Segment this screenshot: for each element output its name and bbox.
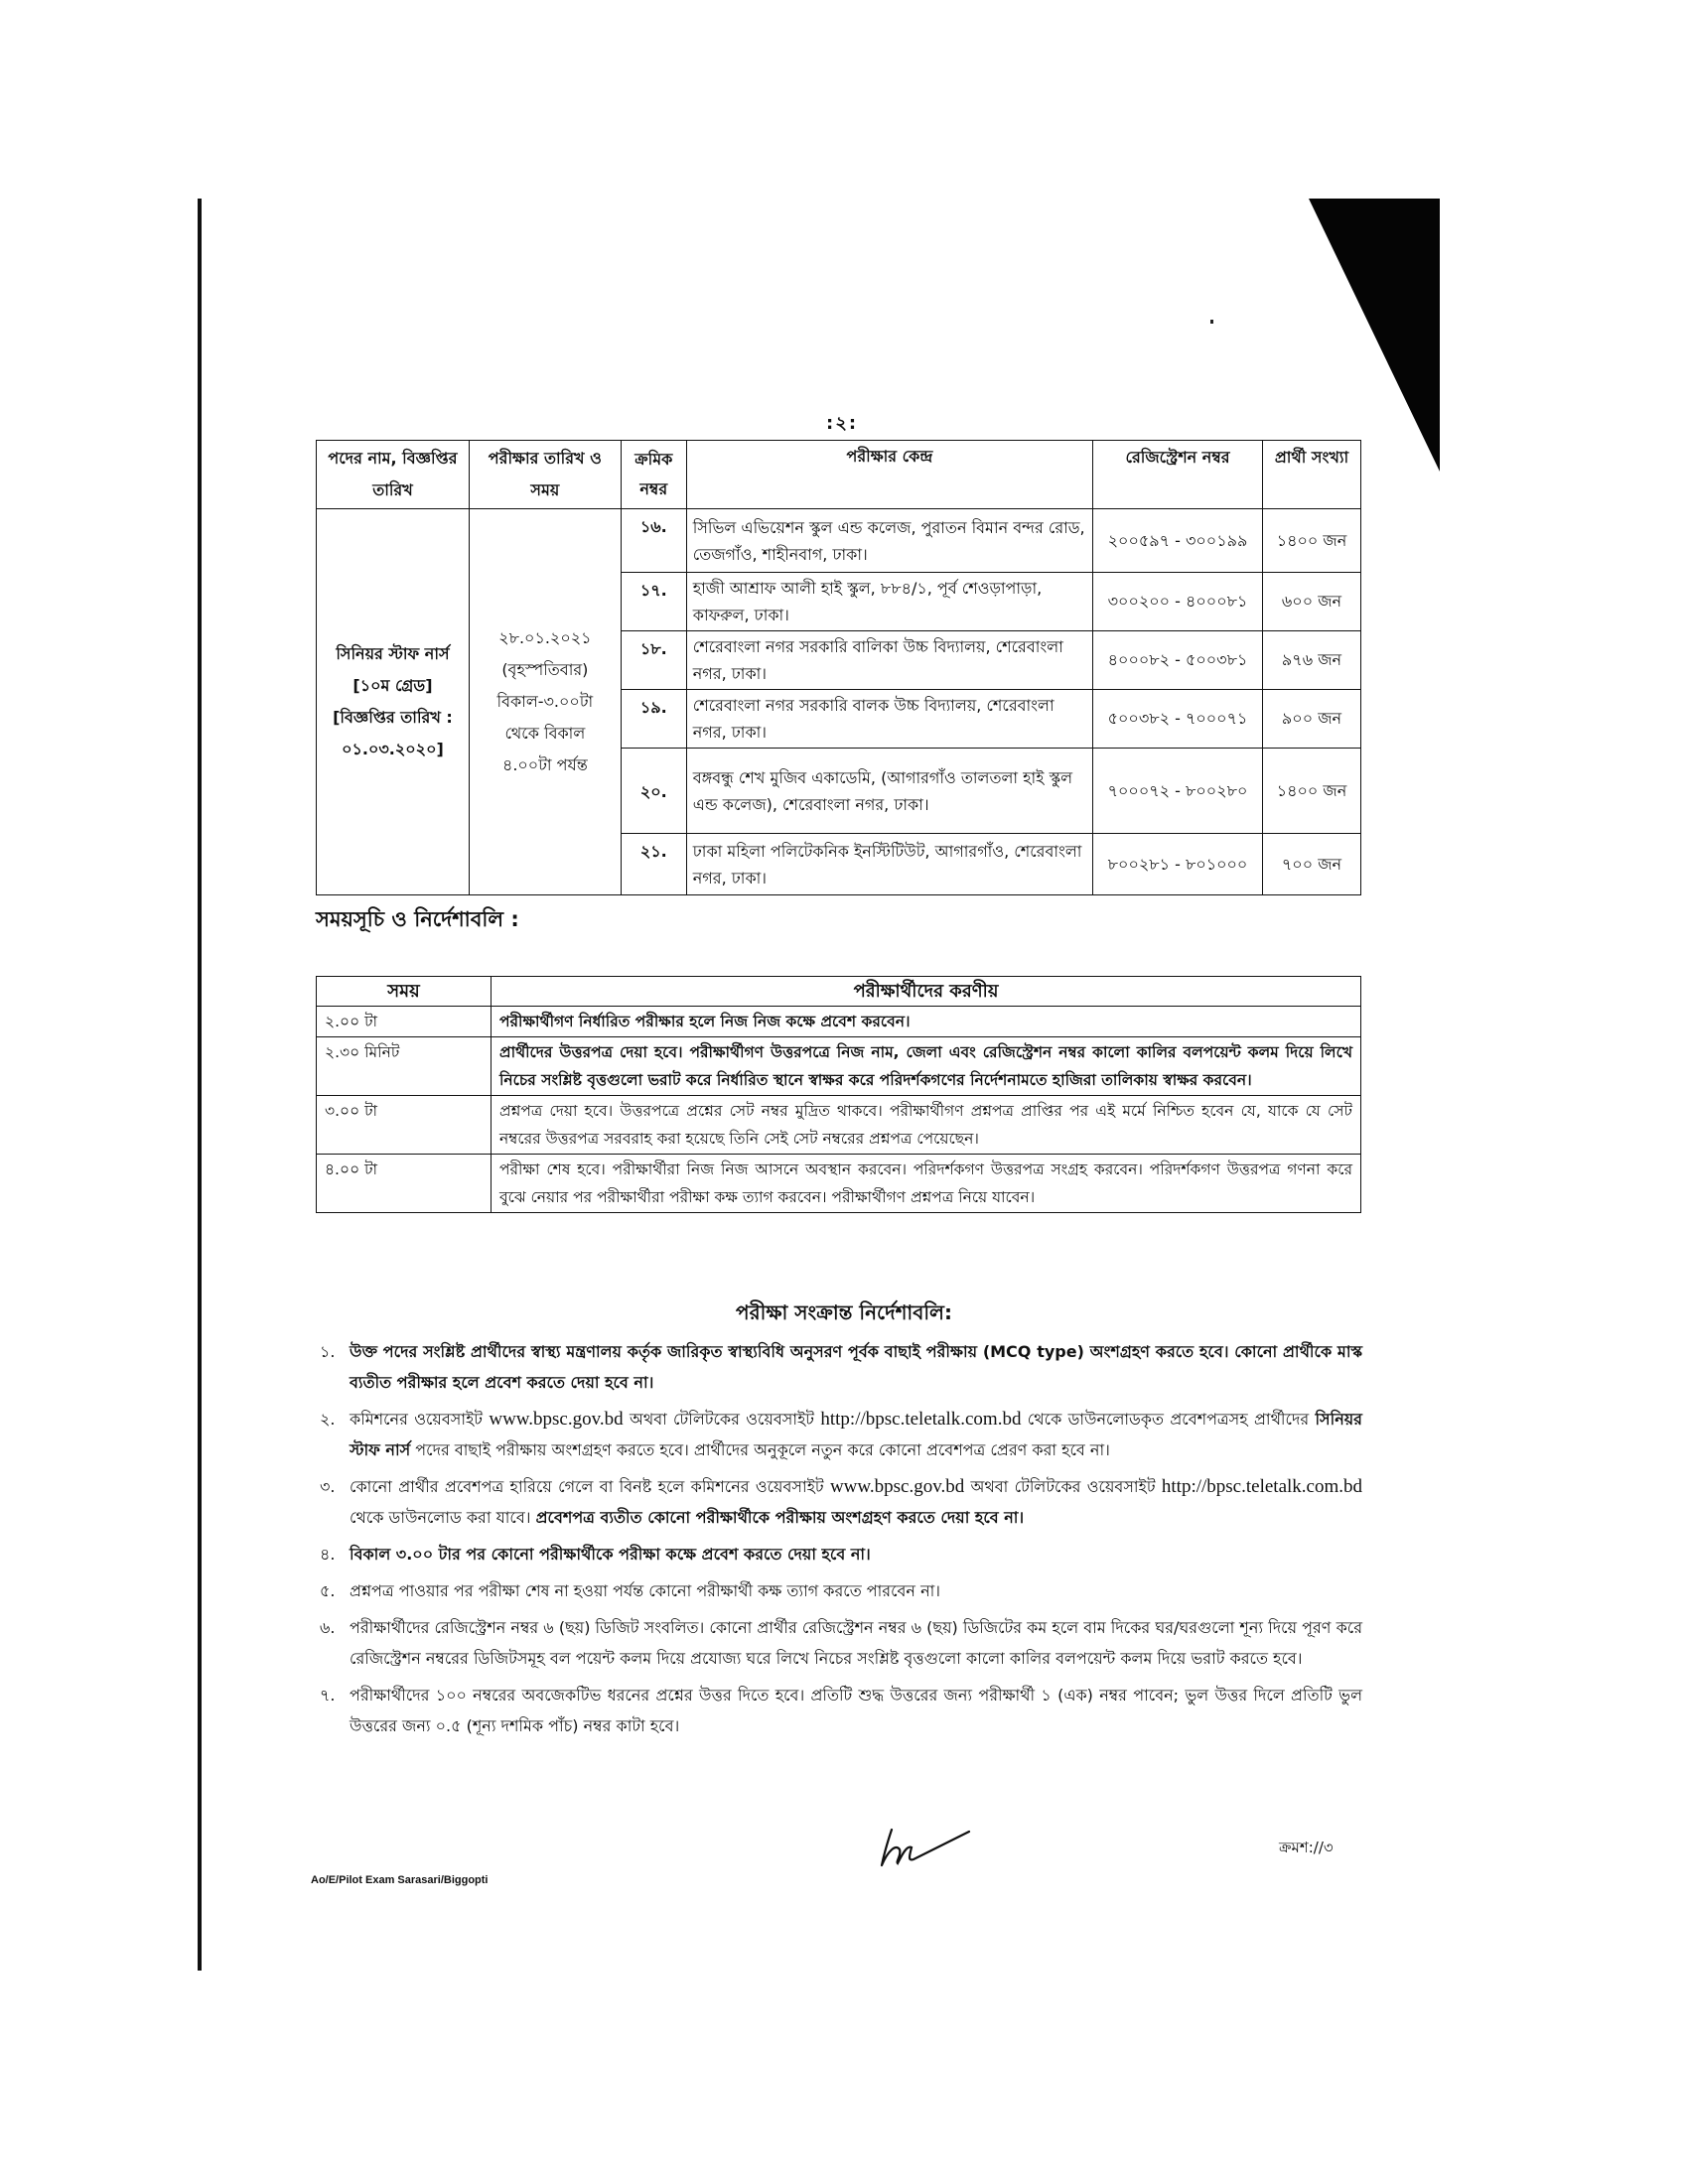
- schedule-task: প্রশ্নপত্র দেয়া হবে। উত্তরপত্রে প্রশ্নে…: [492, 1096, 1361, 1155]
- serial-cell: ১৯.: [621, 690, 686, 749]
- candidate-count-cell: ৬০০ জন: [1262, 573, 1360, 631]
- instructions-list: ১.উক্ত পদের সংশ্লিষ্ট প্রার্থীদের স্বাস্…: [320, 1336, 1362, 1747]
- instruction-item: ২.কমিশনের ওয়েবসাইট www.bpsc.gov.bd অথবা…: [320, 1404, 1362, 1465]
- scan-corner-shadow: [1309, 199, 1440, 472]
- file-reference: Ao/E/Pilot Exam Sarasari/Biggopti: [311, 1874, 489, 1886]
- header-time: সময়: [317, 977, 492, 1007]
- header-exam-date: পরীক্ষার তারিখ ও সময়: [469, 441, 621, 509]
- website-link[interactable]: http://bpsc.teletalk.com.bd: [820, 1409, 1021, 1430]
- instruction-item: ৫.প্রশ্নপত্র পাওয়ার পর পরীক্ষা শেষ না হ…: [320, 1575, 1362, 1606]
- instruction-number: ৪.: [320, 1539, 335, 1570]
- website-link[interactable]: www.bpsc.gov.bd: [830, 1476, 964, 1497]
- schedule-time: ২.৩০ মিনিট: [317, 1037, 492, 1096]
- instruction-number: ৬.: [320, 1612, 336, 1643]
- instruction-item: ১.উক্ত পদের সংশ্লিষ্ট প্রার্থীদের স্বাস্…: [320, 1336, 1362, 1398]
- instruction-text: পদের বাছাই পরীক্ষায় অংশগ্রহণ করতে হবে। …: [410, 1440, 1110, 1459]
- registration-range-cell: ৩০০২০০ - ৪০০০৮১: [1093, 573, 1263, 631]
- registration-range-cell: ৫০০৩৮২ - ৭০০০৭১: [1093, 690, 1263, 749]
- exam-center-cell: শেরেবাংলা নগর সরকারি বালিকা উচ্চ বিদ্যাল…: [686, 631, 1092, 690]
- continued-marker: ক্রমশ://৩: [1279, 1837, 1334, 1861]
- table-row: ২.৩০ মিনিটপ্রার্থীদের উত্তরপত্র দেয়া হব…: [317, 1037, 1361, 1096]
- instruction-text: পরীক্ষার্থীদের ১০০ নম্বরের অবজেকটিভ ধরনে…: [350, 1686, 1362, 1735]
- instruction-text: অথবা টেলিটকের ওয়েবসাইট: [964, 1477, 1162, 1496]
- serial-cell: ১৮.: [621, 631, 686, 690]
- signature-icon: [874, 1822, 973, 1871]
- registration-range-cell: ৪০০০৮২ - ৫০০৩৮১: [1093, 631, 1263, 690]
- exam-center-cell: সিভিল এভিয়েশন স্কুল এন্ড কলেজ, পুরাতন ব…: [686, 509, 1092, 573]
- exam-center-cell: হাজী আশ্রাফ আলী হাই স্কুল, ৮৮৪/১, পূর্ব …: [686, 573, 1092, 631]
- exam-time-to: ৪.০০টা পর্যন্ত: [476, 750, 615, 781]
- registration-range-cell: ৮০০২৮১ - ৮০১০০০: [1093, 834, 1263, 895]
- instruction-text: প্রবেশপত্র ব্যতীত কোনো পরীক্ষার্থীকে পরী…: [536, 1508, 1025, 1527]
- registration-range-cell: ২০০৫৯৭ - ৩০০১৯৯: [1093, 509, 1263, 573]
- table-row: সিনিয়র স্টাফ নার্স[১০ম গ্রেড][বিজ্ঞপ্তি…: [317, 509, 1361, 573]
- serial-cell: ১৬.: [621, 509, 686, 573]
- instruction-item: ৩.কোনো প্রার্থীর প্রবেশপত্র হারিয়ে গেলে…: [320, 1471, 1362, 1533]
- exam-day: (বৃহস্পতিবার): [476, 654, 615, 686]
- instruction-number: ৭.: [320, 1680, 336, 1710]
- schedule-table: সময় পরীক্ষার্থীদের করণীয় ২.০০ টাপরীক্ষ…: [316, 976, 1361, 1213]
- exam-center-cell: ঢাকা মহিলা পলিটেকনিক ইনস্টিটিউট, আগারগাঁ…: [686, 834, 1092, 895]
- exam-center-cell: বঙ্গবন্ধু শেখ মুজিব একাডেমি, (আগারগাঁও ত…: [686, 749, 1092, 834]
- schedule-task: প্রার্থীদের উত্তরপত্র দেয়া হবে। পরীক্ষা…: [492, 1037, 1361, 1096]
- exam-date: ২৮.০১.২০২১: [476, 622, 615, 654]
- candidate-count-cell: ৯০০ জন: [1262, 690, 1360, 749]
- instruction-text: থেকে ডাউনলোডকৃত প্রবেশপত্রসহ প্রার্থীদের: [1021, 1410, 1315, 1429]
- instruction-text: বিকাল ৩.০০ টার পর কোনো পরীক্ষার্থীকে পরী…: [350, 1545, 871, 1564]
- post-circular-date: ০১.০৩.২০২০]: [323, 734, 463, 765]
- table-header-row: সময় পরীক্ষার্থীদের করণীয়: [317, 977, 1361, 1007]
- serial-cell: ১৭.: [621, 573, 686, 631]
- header-registration: রেজিস্ট্রেশন নম্বর: [1093, 441, 1263, 509]
- schedule-heading: সময়সূচি ও নির্দেশাবলি :: [316, 903, 519, 938]
- instruction-text: থেকে ডাউনলোড করা যাবে।: [350, 1508, 536, 1527]
- exam-centers-table: পদের নাম, বিজ্ঞপ্তির তারিখ পরীক্ষার তারি…: [316, 440, 1361, 895]
- post-name: সিনিয়র স্টাফ নার্স: [323, 638, 463, 670]
- table-row: ২.০০ টাপরীক্ষার্থীগণ নির্ধারিত পরীক্ষার …: [317, 1007, 1361, 1037]
- post-cell: সিনিয়র স্টাফ নার্স[১০ম গ্রেড][বিজ্ঞপ্তি…: [317, 509, 470, 895]
- instruction-number: ২.: [320, 1404, 336, 1434]
- exam-time-mid: থেকে বিকাল: [476, 718, 615, 750]
- schedule-task: পরীক্ষার্থীগণ নির্ধারিত পরীক্ষার হলে নিজ…: [492, 1007, 1361, 1037]
- table-header-row: পদের নাম, বিজ্ঞপ্তির তারিখ পরীক্ষার তারি…: [317, 441, 1361, 509]
- post-grade: [১০ম গ্রেড]: [323, 670, 463, 702]
- candidate-count-cell: ১৪০০ জন: [1262, 749, 1360, 834]
- instruction-number: ৩.: [320, 1471, 336, 1502]
- exam-date-cell: ২৮.০১.২০২১(বৃহস্পতিবার)বিকাল-৩.০০টাথেকে …: [469, 509, 621, 895]
- instruction-item: ৬.পরীক্ষার্থীদের রেজিস্ট্রেশন নম্বর ৬ (ছ…: [320, 1612, 1362, 1674]
- header-candidate-count: প্রার্থী সংখ্যা: [1262, 441, 1360, 509]
- instruction-item: ৭.পরীক্ষার্থীদের ১০০ নম্বরের অবজেকটিভ ধর…: [320, 1680, 1362, 1741]
- candidate-count-cell: ৯৭৬ জন: [1262, 631, 1360, 690]
- instruction-item: ৪.বিকাল ৩.০০ টার পর কোনো পরীক্ষার্থীকে প…: [320, 1539, 1362, 1570]
- header-serial: ক্রমিক নম্বর: [621, 441, 686, 509]
- website-link[interactable]: www.bpsc.gov.bd: [489, 1409, 623, 1430]
- registration-range-cell: ৭০০০৭২ - ৮০০২৮০: [1093, 749, 1263, 834]
- instruction-text: পরীক্ষার্থীদের রেজিস্ট্রেশন নম্বর ৬ (ছয়…: [350, 1618, 1362, 1668]
- instruction-text: অথবা টেলিটকের ওয়েবসাইট: [624, 1410, 821, 1429]
- schedule-task: পরীক্ষা শেষ হবে। পরীক্ষার্থীরা নিজ নিজ আ…: [492, 1155, 1361, 1213]
- exam-time-from: বিকাল-৩.০০টা: [476, 686, 615, 718]
- instruction-text: উক্ত পদের সংশ্লিষ্ট প্রার্থীদের স্বাস্থ্…: [350, 1342, 1362, 1392]
- header-exam-center: পরীক্ষার কেন্দ্র: [686, 441, 1092, 509]
- header-post: পদের নাম, বিজ্ঞপ্তির তারিখ: [317, 441, 470, 509]
- schedule-time: ২.০০ টা: [317, 1007, 492, 1037]
- serial-cell: ২১.: [621, 834, 686, 895]
- scan-edge-shadow: [198, 199, 202, 1971]
- instruction-text: প্রশ্নপত্র পাওয়ার পর পরীক্ষা শেষ না হওয…: [350, 1581, 940, 1600]
- instruction-text: কোনো প্রার্থীর প্রবেশপত্র হারিয়ে গেলে ব…: [350, 1477, 830, 1496]
- schedule-time: ৪.০০ টা: [317, 1155, 492, 1213]
- post-circular-label: [বিজ্ঞপ্তির তারিখ :: [323, 702, 463, 734]
- instruction-number: ১.: [320, 1336, 335, 1367]
- page-number: :২:: [826, 409, 858, 440]
- instructions-title: পরীক্ষা সংক্রান্ত নির্দেশাবলি:: [0, 1298, 1688, 1331]
- website-link[interactable]: http://bpsc.teletalk.com.bd: [1162, 1476, 1362, 1497]
- table-row: ৩.০০ টাপ্রশ্নপত্র দেয়া হবে। উত্তরপত্রে …: [317, 1096, 1361, 1155]
- instruction-number: ৫.: [320, 1575, 335, 1606]
- scan-speck: [1210, 320, 1213, 324]
- table-row: ৪.০০ টাপরীক্ষা শেষ হবে। পরীক্ষার্থীরা নি…: [317, 1155, 1361, 1213]
- candidate-count-cell: ১৪০০ জন: [1262, 509, 1360, 573]
- exam-center-cell: শেরেবাংলা নগর সরকারি বালক উচ্চ বিদ্যালয়…: [686, 690, 1092, 749]
- candidate-count-cell: ৭০০ জন: [1262, 834, 1360, 895]
- instruction-text: কমিশনের ওয়েবসাইট: [350, 1410, 489, 1429]
- schedule-time: ৩.০০ টা: [317, 1096, 492, 1155]
- serial-cell: ২০.: [621, 749, 686, 834]
- header-candidate-duties: পরীক্ষার্থীদের করণীয়: [492, 977, 1361, 1007]
